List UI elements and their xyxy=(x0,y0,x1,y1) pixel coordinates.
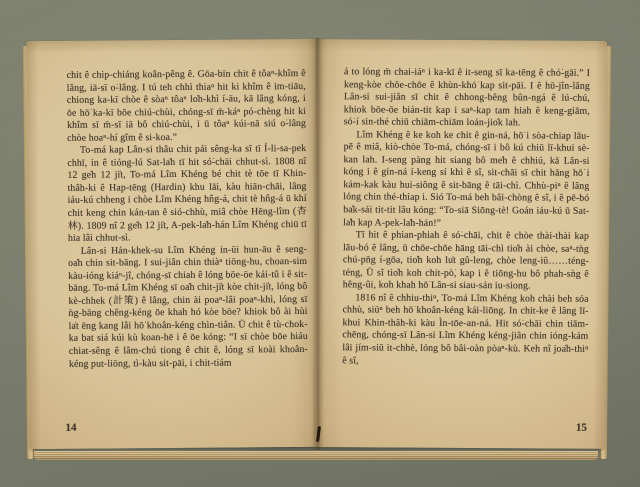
open-book: chit ê chip-chiáng koân-pêng ê. Gōa-bīn … xyxy=(28,36,606,455)
right-page: á to lóng m̄ chai-iáⁿ i ka-kī ê it-seng … xyxy=(315,39,607,449)
paragraph: Tī hit ê phian-phiah ê só͘-chāi, chit ê … xyxy=(343,229,589,293)
left-page-number: 14 xyxy=(65,422,76,434)
gutter-ink-mark xyxy=(316,426,321,442)
paragraph: Lîm Khéng ê ke koh ke chit ê gin-ná, hō͘… xyxy=(343,129,590,231)
paragraph: To-má kap Lân-si thâu chit pái sêng-ka s… xyxy=(67,143,307,245)
photo-background: chit ê chip-chiáng koân-pêng ê. Gōa-bīn … xyxy=(0,0,640,487)
book-gutter xyxy=(312,38,324,450)
paragraph: 1816 nî ê chhiu-thiⁿ, To-má Lîm Khéng ko… xyxy=(342,292,588,369)
paragraph: Lân-si Hán-khek-su Lîm Khéng in-ūi hun-ā… xyxy=(68,244,308,371)
paragraph: chit ê chip-chiáng koân-pêng ê. Gōa-bīn … xyxy=(67,68,307,145)
paragraph: á to lóng m̄ chai-iáⁿ i ka-kī ê it-seng … xyxy=(344,66,590,130)
left-page: chit ê chip-chiáng koân-pêng ê. Gōa-bīn … xyxy=(26,39,319,449)
right-page-number: 15 xyxy=(576,422,587,434)
left-page-text: chit ê chip-chiáng koân-pêng ê. Gōa-bīn … xyxy=(67,68,308,371)
page-stack-edge-bottom xyxy=(34,451,598,460)
right-page-text: á to lóng m̄ chai-iáⁿ i ka-kī ê it-seng … xyxy=(342,66,590,369)
